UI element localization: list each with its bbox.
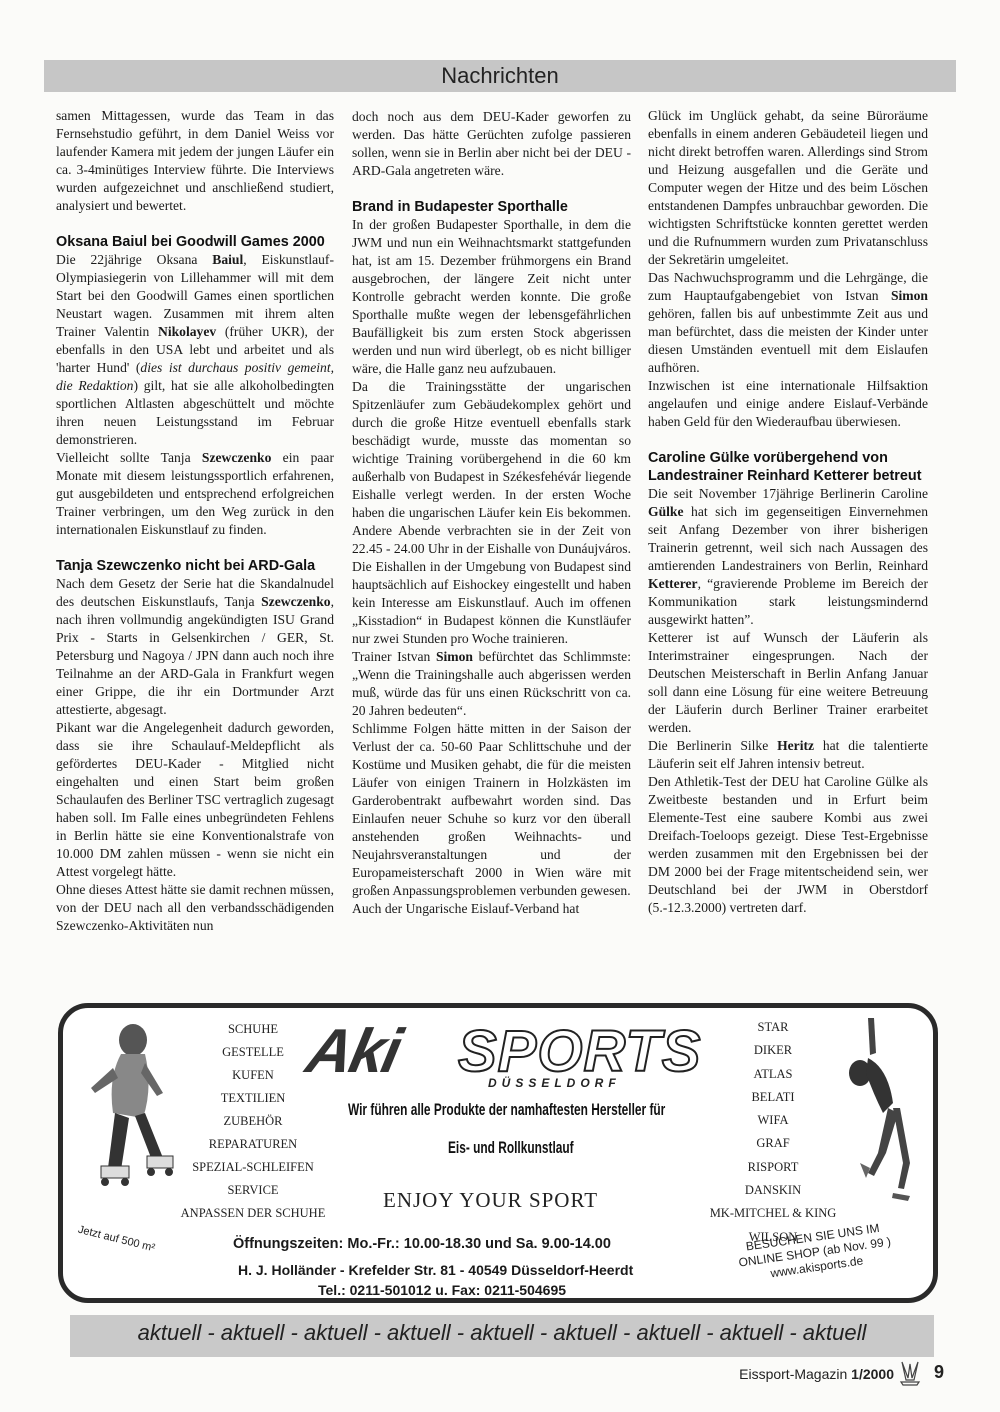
paragraph: Pikant war die Angelegenheit dadurch gew…: [56, 719, 334, 881]
name-highlight: Simon: [891, 288, 928, 303]
name-highlight: Szewczenko: [261, 594, 330, 609]
paragraph: Trainer Istvan Simon befürchtet das Schl…: [352, 648, 631, 720]
paragraph: Nach dem Gesetz der Serie hat die Skanda…: [56, 575, 334, 719]
article-headline: Oksana Baiul bei Goodwill Games 2000: [56, 233, 334, 251]
name-highlight: Gülke: [648, 504, 684, 519]
paragraph: Den Athletik-Test der DEU hat Caroline G…: [648, 773, 928, 917]
service-item: SPEZIAL-SCHLEIFEN: [158, 1156, 348, 1179]
column-2: doch noch aus dem DEU-Kader geworfen zu …: [352, 108, 631, 918]
paragraph: Ketterer ist auf Wunsch der Läuferin als…: [648, 629, 928, 737]
brand-item: DIKER: [693, 1039, 853, 1062]
ice-skater-image: [838, 1013, 913, 1208]
name-highlight: Szewczenko: [202, 450, 271, 465]
opening-hours: Öffnungszeiten: Mo.-Fr.: 10.00-18.30 und…: [233, 1236, 611, 1252]
paragraph: Das Nachwuchsprogramm und die Lehrgänge,…: [648, 269, 928, 377]
column-3: Glück im Unglück gehabt, da seine Bürorä…: [648, 107, 928, 917]
ad-slogan: Wir führen alle Produkte der namhafteste…: [348, 1100, 614, 1120]
section-header-bar: Nachrichten: [44, 60, 956, 92]
article-headline: Brand in Budapester Sporthalle: [352, 198, 631, 216]
store-address: H. J. Holländer - Krefelder Str. 81 - 40…: [238, 1262, 633, 1278]
ad-tagline: ENJOY YOUR SPORT: [383, 1188, 598, 1213]
brands-list: STAR DIKER ATLAS BELATI WIFA GRAF RISPOR…: [693, 1016, 853, 1249]
advertisement-akisports: SCHUHE GESTELLE KUFEN TEXTILIEN ZUBEHÖR …: [58, 1003, 938, 1303]
brand-item: DANSKIN: [693, 1179, 853, 1202]
paragraph: Glück im Unglück gehabt, da seine Bürorä…: [648, 107, 928, 269]
name-highlight: Simon: [436, 649, 473, 664]
akisports-logo: Aki SPORTS DÜSSELDORF: [308, 1016, 698, 1096]
paragraph: doch noch aus dem DEU-Kader geworfen zu …: [352, 108, 631, 180]
brand-item: ATLAS: [693, 1063, 853, 1086]
brand-item: STAR: [693, 1016, 853, 1039]
paragraph: Auch der Ungarische Eislauf-Verband hat: [352, 900, 631, 918]
section-title: Nachrichten: [44, 63, 956, 89]
footer-banner: aktuell - aktuell - aktuell - aktuell - …: [70, 1315, 934, 1357]
paragraph: Inzwischen ist eine internationale Hilfs…: [648, 377, 928, 431]
paragraph: Die Berlinerin Silke Heritz hat die tale…: [648, 737, 928, 773]
service-item: ZUBEHÖR: [158, 1110, 348, 1133]
brand-item: BELATI: [693, 1086, 853, 1109]
service-item: ANPASSEN DER SCHUHE: [158, 1202, 348, 1225]
name-highlight: Heritz: [777, 738, 814, 753]
paragraph: Schlimme Folgen hätte mitten in der Sais…: [352, 720, 631, 900]
footer-banner-text: aktuell - aktuell - aktuell - aktuell - …: [70, 1320, 934, 1346]
paragraph: Ohne dieses Attest hätte sie damit rechn…: [56, 881, 334, 935]
store-phone: Tel.: 0211-501012 u. Fax: 0211-504695: [318, 1282, 566, 1298]
brand-item: GRAF: [693, 1132, 853, 1155]
magazine-logo-icon: [898, 1360, 922, 1386]
name-highlight: Ketterer: [648, 576, 698, 591]
paragraph: Die 22jährige Oksana Baiul, Eiskunstlauf…: [56, 251, 334, 449]
brand-item: RISPORT: [693, 1156, 853, 1179]
ad-slogan-sub: Eis- und Rollkunstlauf: [448, 1138, 574, 1158]
article-headline: Tanja Szewczenko nicht bei ARD-Gala: [56, 557, 334, 575]
paragraph: Da die Trainingsstätte der ungarischen S…: [352, 378, 631, 648]
paragraph: Die seit November 17jährige Berlinerin C…: [648, 485, 928, 629]
paragraph: Vielleicht sollte Tanja Szewczenko ein p…: [56, 449, 334, 539]
magazine-issue: Eissport-Magazin 1/2000: [739, 1366, 894, 1382]
name-highlight: Baiul: [212, 252, 243, 267]
service-item: SERVICE: [158, 1179, 348, 1202]
brand-item: MK-MITCHEL & KING: [693, 1202, 853, 1225]
paragraph: samen Mittagessen, wurde das Team in das…: [56, 107, 334, 215]
paragraph: In der großen Budapester Sporthalle, in …: [352, 216, 631, 378]
store-size-note: Jetzt auf 500 m²: [77, 1224, 156, 1255]
article-headline: Caroline Gülke vorübergehend von Landest…: [648, 449, 928, 485]
service-item: REPARATUREN: [158, 1133, 348, 1156]
page-number: 9: [934, 1362, 944, 1383]
column-1: samen Mittagessen, wurde das Team in das…: [56, 107, 334, 935]
brand-item: WIFA: [693, 1109, 853, 1132]
name-highlight: Nikolayev: [158, 324, 216, 339]
